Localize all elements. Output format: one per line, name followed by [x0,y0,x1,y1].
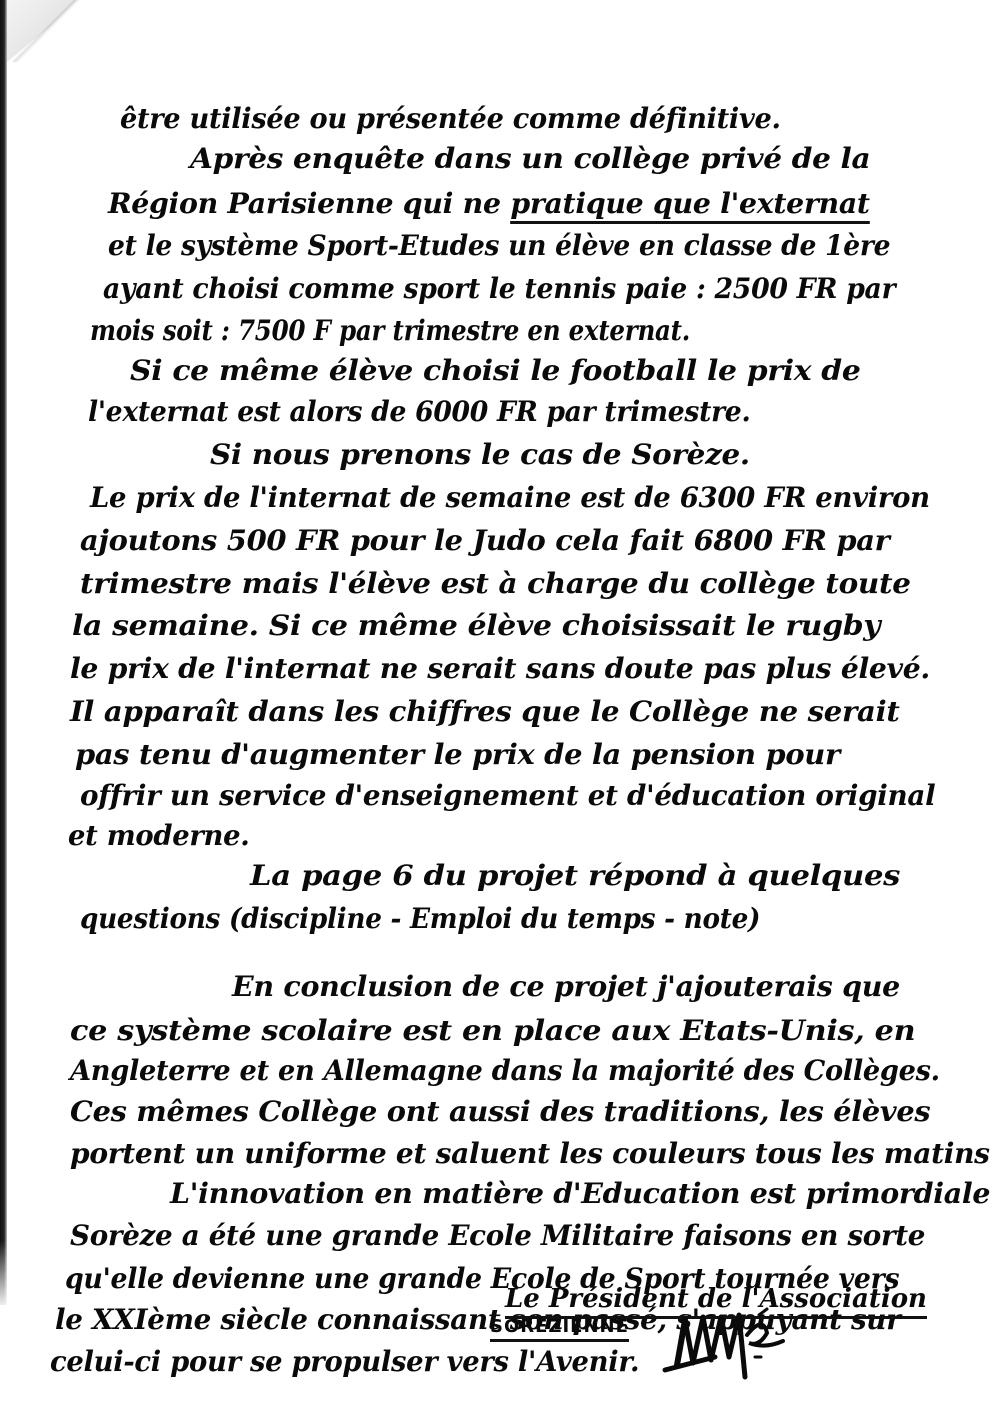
text-line: Si nous prenons le cas de Sorèze. [210,441,750,469]
text-line: Après enquête dans un collège privé de l… [190,145,870,173]
text-line: la semaine. Si ce même élève choisissait… [72,612,880,640]
text-line: trimestre mais l'élève est à charge du c… [80,570,911,598]
text-line: le prix de l'internat ne serait sans dou… [70,655,930,683]
text-line: Si ce même élève choisi le football le p… [130,357,861,385]
text-line: offrir un service d'enseignement et d'éd… [80,782,935,810]
text-line: portent un uniforme et saluent les coule… [70,1140,990,1168]
text-line: l'externat est alors de 6000 FR par trim… [88,398,750,426]
text-line: L'innovation en matière d'Education est … [170,1180,990,1208]
text-line: Angleterre et en Allemagne dans la major… [70,1057,940,1085]
text-fragment: Région Parisienne qui ne [108,187,510,220]
text-line: et moderne. [68,822,249,850]
text-line: Ces mêmes Collège ont aussi des traditio… [70,1098,930,1126]
text-line: Région Parisienne qui ne pratique que l'… [108,190,870,218]
organization-name: SORÈZIENNE [490,1316,629,1342]
text-line: ce système scolaire est en place aux Eta… [70,1017,915,1045]
text-line: En conclusion de ce projet j'ajouterais … [232,973,900,1001]
scan-page-edge [0,0,7,1305]
text-line: ajoutons 500 FR pour le Judo cela fait 6… [80,527,890,555]
text-line: et le système Sport-Etudes un élève en c… [108,232,890,260]
text-line: Il apparaît dans les chiffres que le Col… [70,698,899,726]
handwritten-signature-icon [655,1305,805,1380]
text-line: Sorèze a été une grande Ecole Militaire … [70,1222,925,1250]
underlined-phrase: pratique que l'externat [510,187,869,224]
text-line: être utilisée ou présentée comme définit… [120,105,781,133]
folded-corner-shadow [7,0,82,62]
text-line: Le prix de l'internat de semaine est de … [90,484,930,512]
text-line: mois soit : 7500 F par trimestre en exte… [90,317,690,345]
scan-page-edge-fade [0,1240,7,1310]
text-line: ayant choisi comme sport le tennis paie … [103,275,895,303]
text-line: questions (discipline - Emploi du temps … [80,905,760,933]
text-line: celui-ci pour se propulser vers l'Avenir… [50,1348,639,1376]
text-line: La page 6 du projet répond à quelques [250,862,900,890]
text-line: pas tenu d'augmenter le prix de la pensi… [75,741,840,769]
